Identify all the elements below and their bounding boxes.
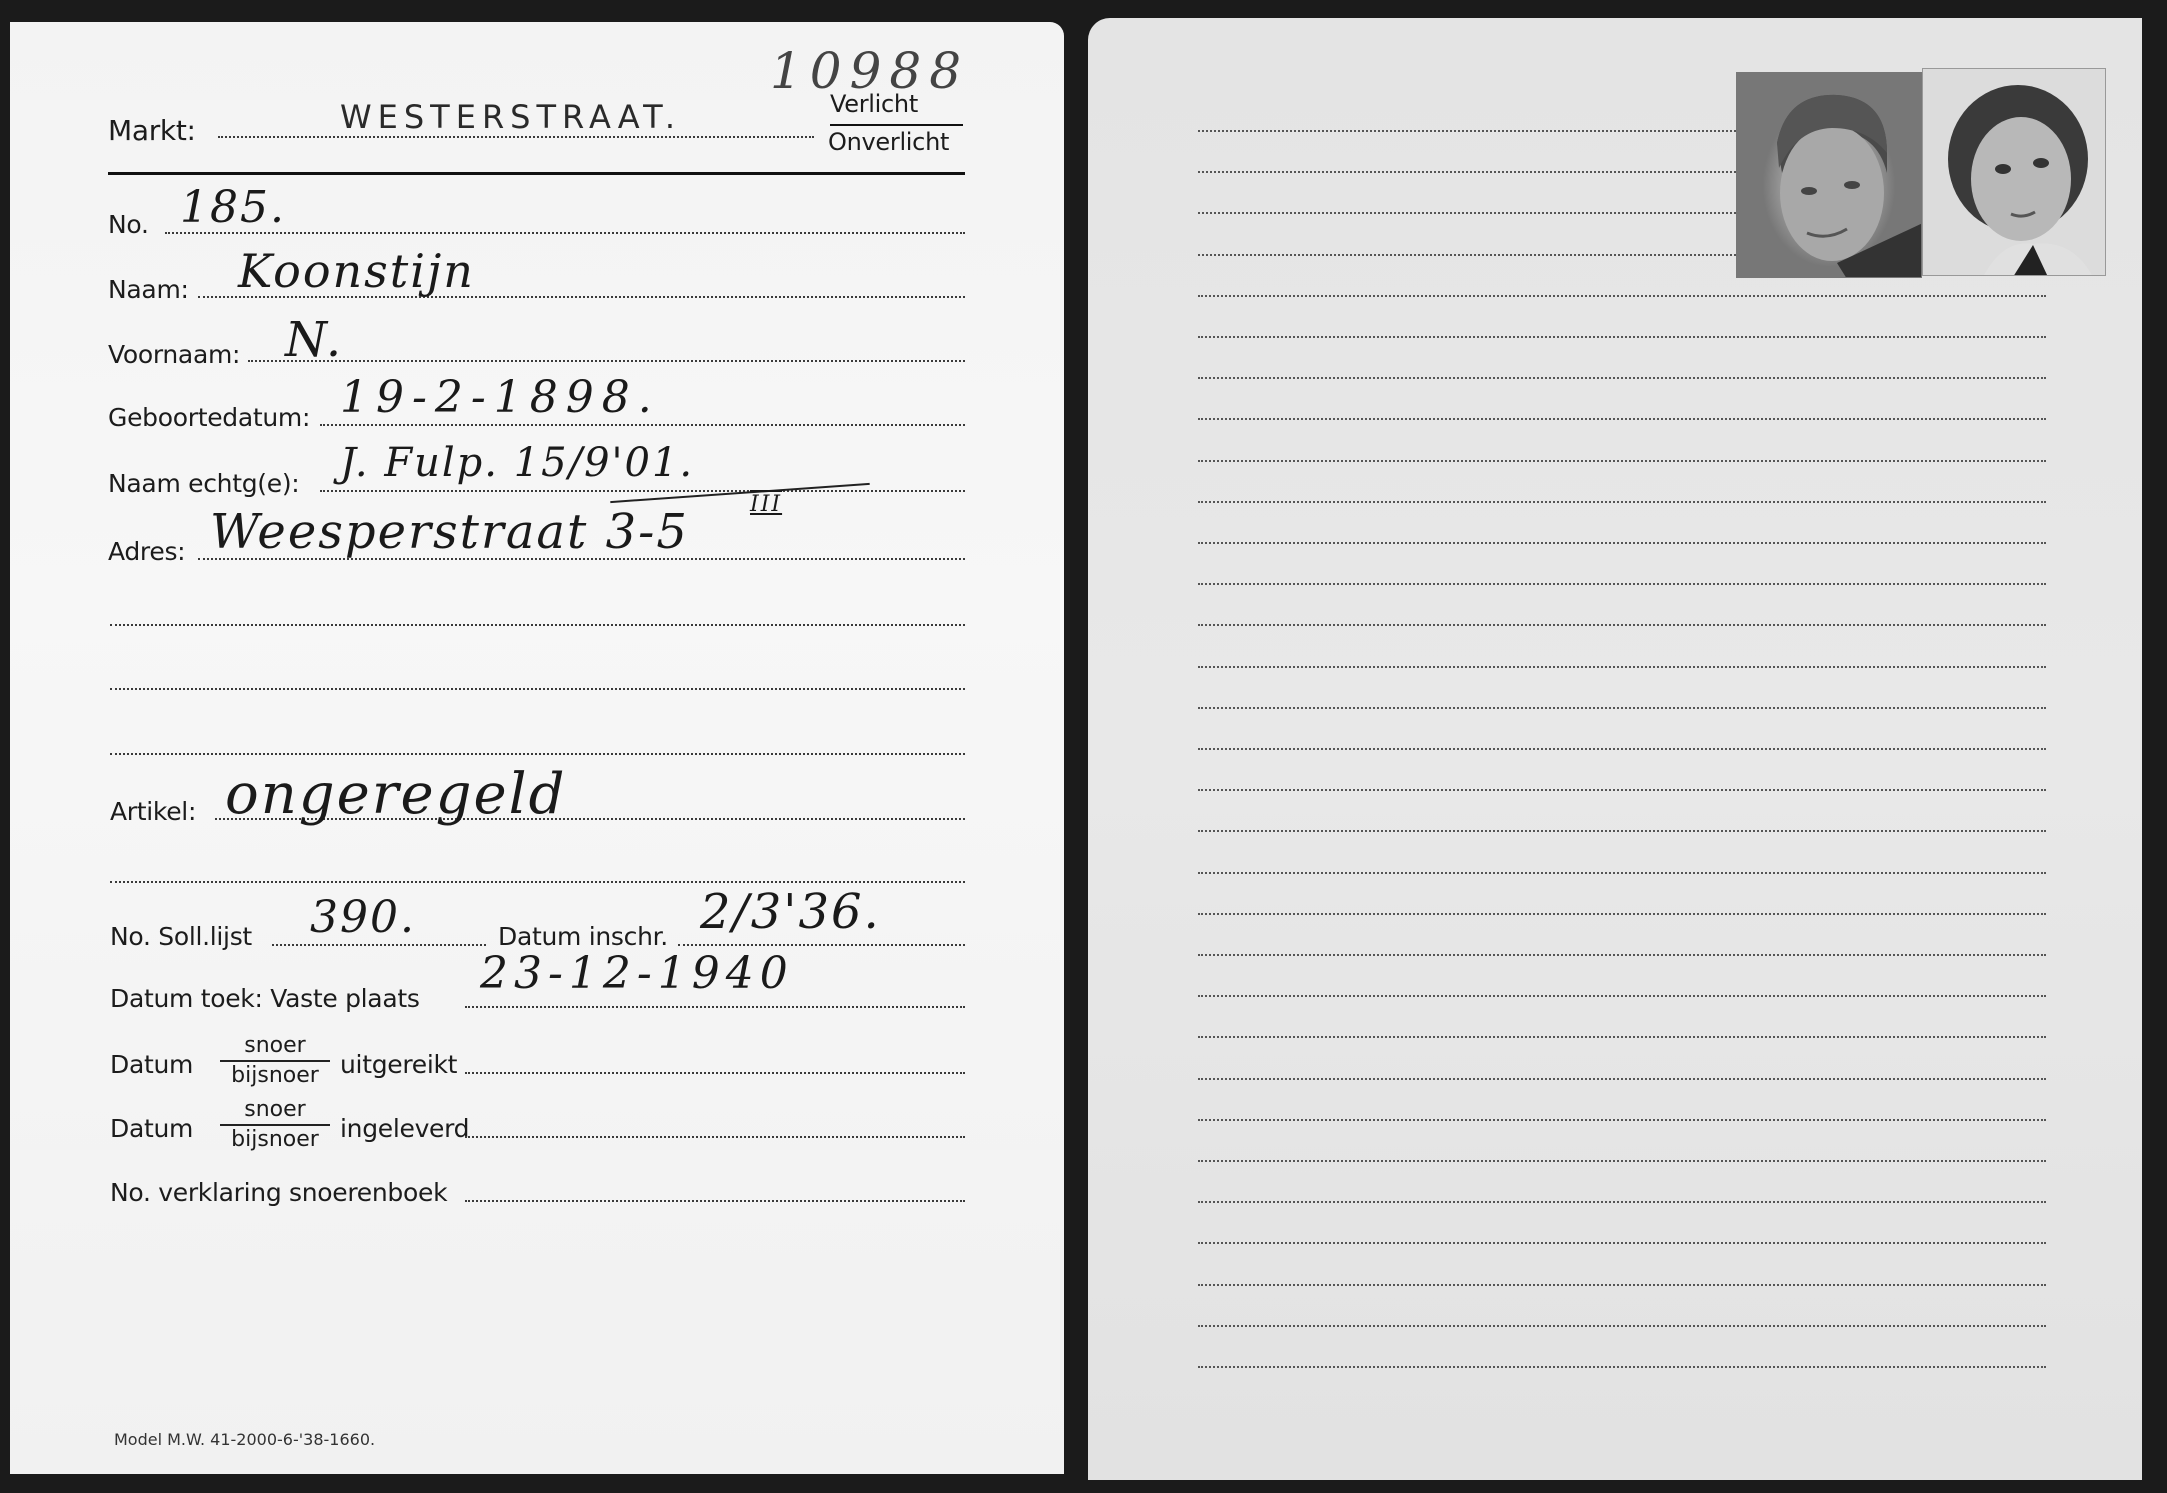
ruled-line: [1198, 707, 2046, 709]
ruled-line: [1198, 1325, 2046, 1327]
adres-floor: III: [750, 492, 782, 517]
ruled-line: [1198, 418, 2046, 420]
uitgereikt-label: uitgereikt: [340, 1050, 457, 1079]
naam-echtgenote-label: Naam echtg(e):: [108, 469, 299, 498]
ruled-line: [1198, 666, 2046, 668]
datum-uitgereikt-line: [465, 1072, 965, 1074]
markt-value: WESTERSTRAAT.: [340, 98, 681, 136]
ruled-line: [1198, 748, 2046, 750]
voornaam-line: [248, 360, 965, 362]
blank-line: [110, 688, 965, 690]
bijsnoer-label: bijsnoer: [220, 1062, 330, 1090]
man-portrait-icon: [1737, 73, 1922, 278]
datum-toek-line: [465, 1006, 965, 1008]
registration-card-front: 10988 Markt: WESTERSTRAAT. Verlicht Onve…: [10, 22, 1064, 1474]
ruled-line: [1198, 295, 2046, 297]
onverlicht-label: Onverlicht: [828, 128, 949, 156]
ruled-line: [1198, 171, 1736, 173]
artikel-label: Artikel:: [110, 797, 196, 826]
ruled-line: [1198, 1284, 2046, 1286]
ruled-line: [1198, 542, 2046, 544]
ruled-line: [1198, 913, 2046, 915]
datum-inschr-label: Datum inschr.: [498, 922, 668, 951]
ruled-line: [1198, 1078, 2046, 1080]
ruled-line: [1198, 1119, 2046, 1121]
datum-uitgereikt-label: Datum: [110, 1050, 193, 1079]
markt-label: Markt:: [108, 114, 196, 147]
naam-echtgenote-value: J. Fulp. 15/9'01.: [340, 440, 694, 486]
ruled-line: [1198, 995, 2046, 997]
ruled-line: [1198, 460, 2046, 462]
registration-card-back: [1088, 18, 2142, 1480]
soll-lijst-line: [272, 944, 486, 946]
geboortedatum-label: Geboortedatum:: [108, 403, 310, 432]
ruled-line: [1198, 1036, 2046, 1038]
naam-echtgenote-line: [320, 490, 965, 492]
snoer-bijsnoer-fraction: snoer bijsnoer: [220, 1096, 330, 1154]
model-number: Model M.W. 41-2000-6-'38-1660.: [114, 1430, 375, 1449]
no-label: No.: [108, 210, 149, 239]
adres-value: Weesperstraat 3-5: [210, 504, 689, 560]
photo-woman: [1922, 68, 2106, 276]
geboortedatum-line: [320, 424, 965, 426]
blank-line: [110, 624, 965, 626]
bijsnoer-label: bijsnoer: [220, 1126, 330, 1154]
blank-line: [110, 753, 965, 755]
datum-ingeleverd-label: Datum: [110, 1114, 193, 1143]
verlicht-divider: [830, 124, 963, 126]
ruled-line: [1198, 830, 2046, 832]
soll-lijst-label: No. Soll.lijst: [110, 922, 252, 951]
ruled-line: [1198, 872, 2046, 874]
ruled-line: [1198, 130, 1736, 132]
naam-label: Naam:: [108, 275, 189, 304]
woman-portrait-icon: [1923, 69, 2106, 276]
artikel-value: ongeregeld: [225, 762, 566, 827]
snoer-label: snoer: [220, 1096, 330, 1126]
ruled-line: [1198, 1160, 2046, 1162]
no-value: 185.: [180, 182, 286, 233]
geboortedatum-value: 19-2-1898.: [340, 372, 660, 423]
ruled-line: [1198, 212, 1736, 214]
voornaam-label: Voornaam:: [108, 340, 240, 369]
datum-inschr-value: 2/3'36.: [700, 884, 881, 940]
ruled-line: [1198, 254, 1736, 256]
ruled-line: [1198, 789, 2046, 791]
datum-ingeleverd-line: [465, 1136, 965, 1138]
ruled-line: [1198, 1201, 2046, 1203]
ruled-line: [1198, 1242, 2046, 1244]
snoer-bijsnoer-fraction: snoer bijsnoer: [220, 1032, 330, 1090]
ruled-line: [1198, 1366, 2046, 1368]
verklaring-line: [465, 1200, 965, 1202]
soll-lijst-value: 390.: [310, 892, 416, 943]
ruled-line: [1198, 377, 2046, 379]
ruled-line: [1198, 501, 2046, 503]
header-rule: [108, 172, 965, 175]
markt-line: [218, 136, 814, 138]
snoer-label: snoer: [220, 1032, 330, 1062]
blank-line: [110, 881, 965, 883]
ingeleverd-label: ingeleverd: [340, 1114, 469, 1143]
datum-toek-label: Datum toek: Vaste plaats: [110, 984, 420, 1013]
photo-man: [1736, 72, 1922, 278]
naam-value: Koonstijn: [238, 244, 475, 298]
datum-inschr-line: [678, 944, 965, 946]
verlicht-label: Verlicht: [830, 90, 918, 118]
datum-toek-value: 23-12-1940: [480, 948, 794, 999]
ruled-line: [1198, 954, 2046, 956]
voornaam-value: N.: [285, 312, 343, 368]
ruled-line: [1198, 624, 2046, 626]
adres-label: Adres:: [108, 537, 185, 566]
ruled-line: [1198, 336, 2046, 338]
ruled-line: [1198, 583, 2046, 585]
verklaring-label: No. verklaring snoerenboek: [110, 1178, 447, 1207]
